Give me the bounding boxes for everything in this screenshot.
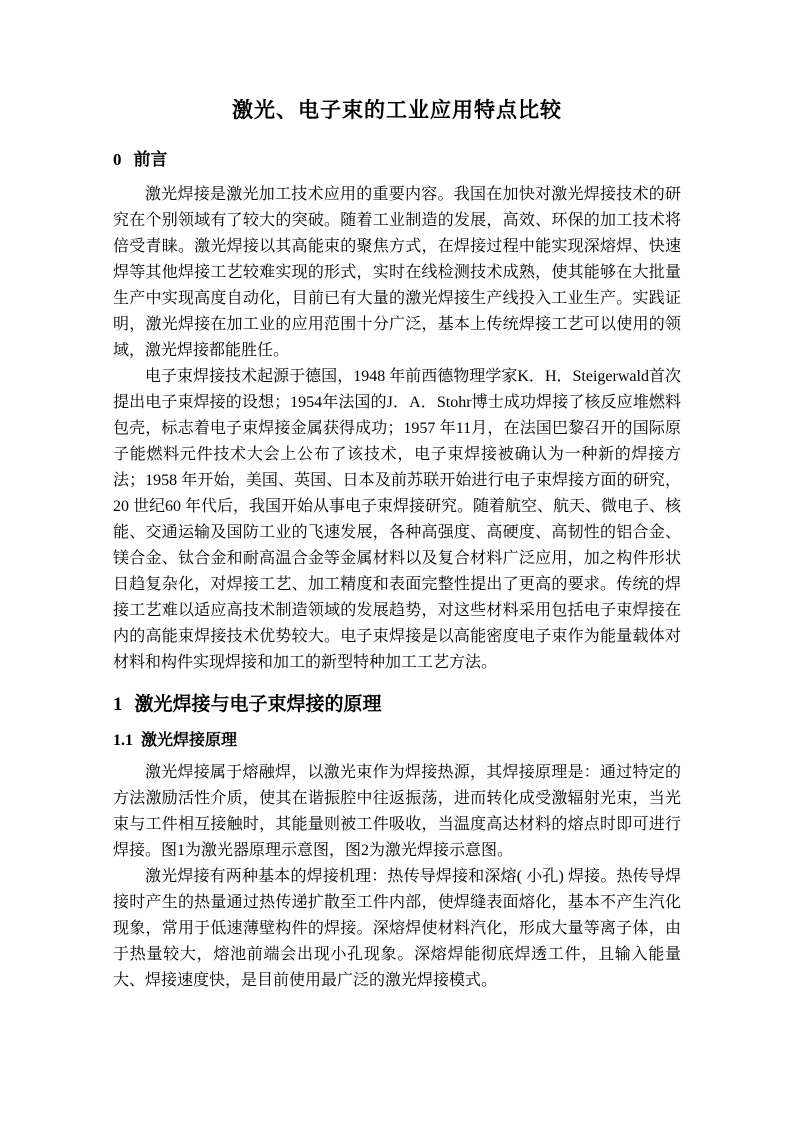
document-page: 激光、电子束的工业应用特点比较 0前言 激光焊接是激光加工技术应用的重要内容。我…: [0, 0, 794, 1123]
section-heading-1-title: 激光焊接与电子束焊接的原理: [135, 693, 382, 715]
section-heading-0-number: 0: [113, 150, 122, 169]
paragraph-intro-2: 电子束焊接技术起源于德国，1948 年前西德物理学家K．H．Steigerwal…: [113, 364, 681, 676]
section-heading-1-number: 1: [113, 694, 123, 715]
paragraph-laser-principle-1: 激光焊接属于熔融焊，以激光束作为焊接热源，其焊接原理是：通过特定的方法激励活性介…: [113, 760, 681, 864]
subsection-heading-1-1: 1.1激光焊接原理: [113, 729, 681, 752]
document-content: 激光、电子束的工业应用特点比较 0前言 激光焊接是激光加工技术应用的重要内容。我…: [113, 94, 681, 994]
section-heading-1: 1激光焊接与电子束焊接的原理: [113, 692, 681, 717]
section-heading-0-title: 前言: [134, 150, 168, 170]
section-heading-0: 0前言: [113, 148, 681, 172]
document-title: 激光、电子束的工业应用特点比较: [113, 94, 681, 126]
subsection-heading-1-1-number: 1.1: [113, 732, 133, 749]
paragraph-intro-1: 激光焊接是激光加工技术应用的重要内容。我国在加快对激光焊接技术的研究在个别领域有…: [113, 182, 681, 364]
subsection-heading-1-1-title: 激光焊接原理: [141, 730, 237, 749]
paragraph-laser-principle-2: 激光焊接有两种基本的焊接机理：热传导焊接和深熔( 小孔) 焊接。热传导焊接时产生…: [113, 864, 681, 994]
